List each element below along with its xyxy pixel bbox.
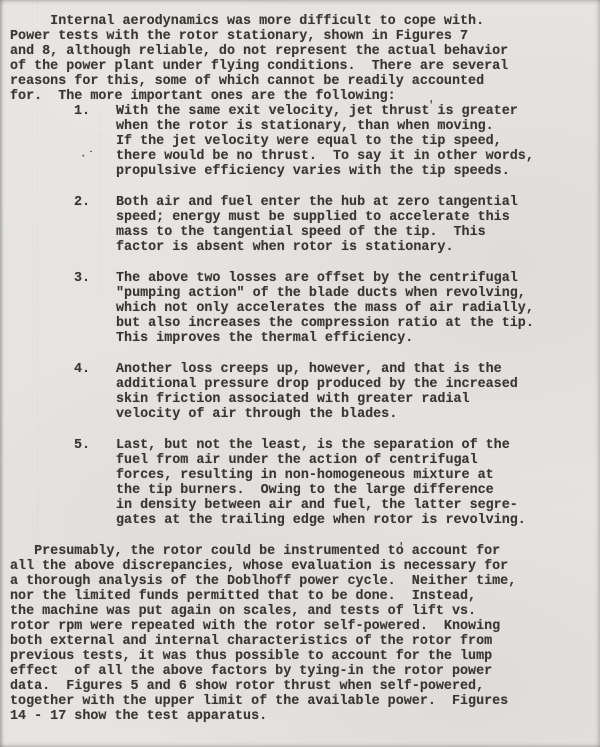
page-text-area: Internal aerodynamics was more difficult… [0,0,600,724]
list-item: 3. The above two losses are offset by th… [74,271,592,346]
list-item-text: Last, but not the least, is the separati… [116,438,526,528]
list-item-number: 5. [74,438,116,453]
list-item: 2. Both air and fuel enter the hub at ze… [74,195,592,255]
list-item-number: 3. [74,271,116,286]
list-item-text: Both air and fuel enter the hub at zero … [116,195,518,255]
list-item-number: 2. [74,195,116,210]
list-item-text: With the same exit velocity, jet thrust … [116,104,534,179]
list-item: 4. Another loss creeps up, however, and … [74,362,592,422]
paragraph-closing: Presumably, the rotor could be instrumen… [10,544,592,724]
list-item: 5. Last, but not the least, is the separ… [74,438,592,528]
paragraph-intro: Internal aerodynamics was more difficult… [10,14,592,104]
scanned-document-page: ·˙ ' ' Internal aerodynamics was more di… [0,0,600,747]
list-item-number: 4. [74,362,116,377]
numbered-list: 1. With the same exit velocity, jet thru… [10,104,592,528]
list-item-text: The above two losses are offset by the c… [116,271,534,346]
list-item-text: Another loss creeps up, however, and tha… [116,362,518,422]
list-item-number: 1. [74,104,116,119]
list-item: 1. With the same exit velocity, jet thru… [74,104,592,179]
